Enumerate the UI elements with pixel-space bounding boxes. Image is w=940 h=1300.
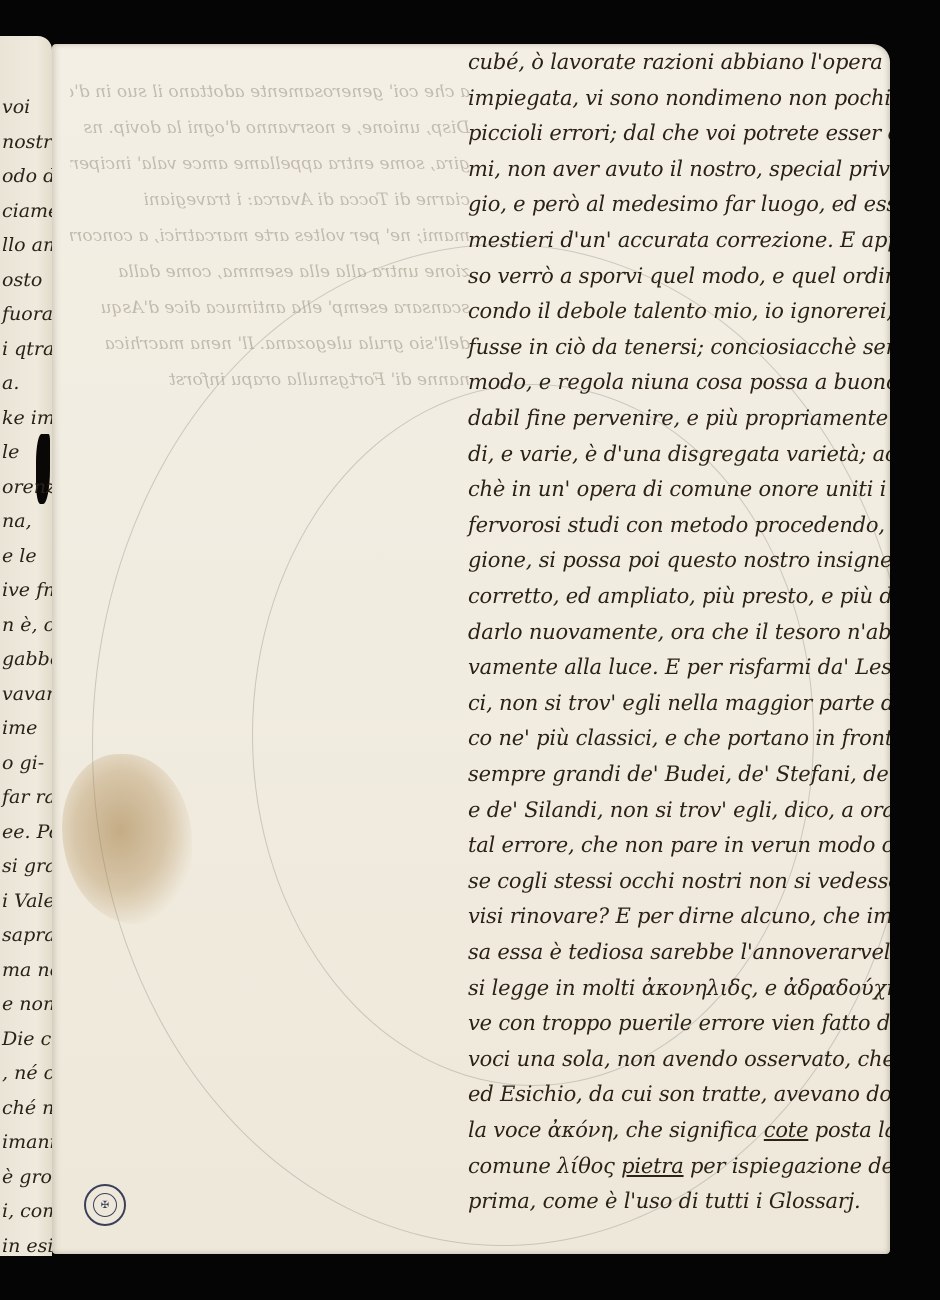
left-page-line: voi bbox=[2, 96, 30, 118]
manuscript-line: fusse in ciò da tenersi; conciosiacchè s… bbox=[468, 335, 890, 359]
manuscript-line: co ne' più classici, e che portano in fr… bbox=[468, 726, 890, 750]
manuscript-line: condo il debole talento mio, io ignorere… bbox=[468, 299, 890, 323]
left-page-line: imani bbox=[2, 1131, 52, 1153]
left-page-line: ciamen bbox=[2, 200, 52, 222]
left-page-line: le bbox=[2, 441, 19, 463]
left-page-line: i Vale bbox=[2, 890, 52, 912]
left-page-line: è gro bbox=[2, 1166, 52, 1188]
left-page-line: i, come bbox=[2, 1200, 52, 1222]
left-page-line: e non vi bbox=[2, 993, 52, 1015]
left-page-line: i qtra bbox=[2, 338, 52, 360]
show-through-line: ciarne di Tocca di Avarca: i travegiani bbox=[70, 190, 470, 210]
manuscript-line: gione, si possa poi questo nostro insign… bbox=[468, 548, 890, 572]
show-through-line: gira, some entra appellame amce vala' in… bbox=[70, 154, 470, 174]
show-through-line: Disp, unione, e nosrvanno d'ogni la dovi… bbox=[70, 118, 470, 138]
manuscript-line: mestieri d'un' accurata correzione. E ap… bbox=[468, 228, 890, 252]
left-page-line: Die ci bbox=[2, 1028, 52, 1050]
left-page-line: gabbo bbox=[2, 648, 52, 670]
manuscript-line: visi rinovare? E per dirne alcuno, che i… bbox=[468, 904, 890, 928]
left-page-line: ime bbox=[2, 717, 37, 739]
manuscript-line: so verrò a sporvi quel modo, e quel ordi… bbox=[468, 264, 890, 288]
left-page-line: si gra bbox=[2, 855, 52, 877]
show-through-line: mami; ne' per voltes arte marcatrici, a … bbox=[70, 226, 470, 246]
left-page-line: in esi bbox=[2, 1235, 52, 1257]
manuscript-line: voci una sola, non avendo osservato, che… bbox=[468, 1047, 890, 1071]
manuscript-line: mi, non aver avuto il nostro, special pr… bbox=[468, 157, 890, 181]
manuscript-line: piccioli errori; dal che voi potrete ess… bbox=[468, 121, 890, 145]
left-facing-page: voinostraodo diciamenllo amostofuorai qt… bbox=[0, 36, 52, 1256]
manuscript-line: impiegata, vi sono nondimeno non pochi, … bbox=[468, 86, 890, 110]
manuscript-line: chè in un' opera di comune onore uniti i… bbox=[468, 477, 890, 501]
left-page-line: nostra bbox=[2, 131, 52, 153]
manuscript-line: si legge in molti ἀκονηλιδς, e ἀδραδούχη… bbox=[468, 976, 890, 1000]
manuscript-page: a che coi' generosamente adottano il suo… bbox=[52, 44, 890, 1254]
manuscript-line: tal errore, che non pare in verun modo c… bbox=[468, 833, 890, 857]
left-page-line: ee. Po bbox=[2, 821, 52, 843]
left-page-line: o gi- bbox=[2, 752, 44, 774]
manuscript-line: di, e varie, è d'una disgregata varietà;… bbox=[468, 442, 890, 466]
show-through-line: a che coi' generosamente adottano il suo… bbox=[70, 82, 470, 102]
left-page-line: vavanti bbox=[2, 683, 52, 705]
left-page-line: odo di bbox=[2, 165, 52, 187]
manuscript-line: la voce ἀκόνη, che significa cote posta … bbox=[468, 1118, 890, 1142]
manuscript-line: sa essa è tediosa sarebbe l'annoverarvel… bbox=[468, 940, 890, 964]
left-page-line: ive fm bbox=[2, 579, 52, 601]
manuscript-line: ve con troppo puerile errore vien fatto … bbox=[468, 1011, 890, 1035]
left-page-line: llo am bbox=[2, 234, 52, 256]
left-page-line: , né ci bbox=[2, 1062, 52, 1084]
left-page-line: a. bbox=[2, 372, 19, 394]
manuscript-line: sempre grandi de' Budei, de' Stefani, de… bbox=[468, 762, 890, 786]
left-page-line: na, bbox=[2, 510, 32, 532]
left-page-line: far ra bbox=[2, 786, 52, 808]
manuscript-line: e de' Silandi, non si trov' egli, dico, … bbox=[468, 798, 890, 822]
manuscript-line: modo, e regola niuna cosa possa a buono,… bbox=[468, 370, 890, 394]
manuscript-line: ci, non si trov' egli nella maggior part… bbox=[468, 691, 890, 715]
manuscript-line: cubé, ò lavorate razioni abbiano l'opera… bbox=[468, 50, 890, 74]
left-page-line: ma non bbox=[2, 959, 52, 981]
mill-emblem-icon: ✠ bbox=[93, 1193, 117, 1217]
manuscript-line: ed Esichio, da cui son tratte, avevano d… bbox=[468, 1082, 890, 1106]
manuscript-line: corretto, ed ampliato, più presto, e più… bbox=[468, 584, 890, 608]
manuscript-line: gio, e però al medesimo far luogo, ed es… bbox=[468, 192, 890, 216]
left-page-line: n è, cd bbox=[2, 614, 52, 636]
manuscript-line: se cogli stessi occhi nostri non si vede… bbox=[468, 869, 890, 893]
left-page-line: sapra bbox=[2, 924, 52, 946]
manuscript-line: vamente alla luce. E per risfarmi da' Le… bbox=[468, 655, 890, 679]
manuscript-line: prima, come è l'uso di tutti i Glossarj. bbox=[468, 1189, 861, 1213]
manuscript-line: comune λίθος pietra per ispiegazione del… bbox=[468, 1154, 890, 1178]
left-page-line: ke im bbox=[2, 407, 52, 429]
left-page-line: fuora bbox=[2, 303, 52, 325]
left-page-line: e le bbox=[2, 545, 37, 567]
left-page-line: osto bbox=[2, 269, 42, 291]
manuscript-line: fervorosi studi con metodo procedendo, e… bbox=[468, 513, 890, 537]
manuscript-line: dabil fine pervenire, e più propriamente… bbox=[468, 406, 890, 430]
manuscript-line: darlo nuovamente, ora che il tesoro n'ab… bbox=[468, 620, 890, 644]
left-page-line: orenz bbox=[2, 476, 52, 498]
library-stamp: ✠ bbox=[84, 1184, 126, 1226]
left-page-line: ché nè bbox=[2, 1097, 52, 1119]
